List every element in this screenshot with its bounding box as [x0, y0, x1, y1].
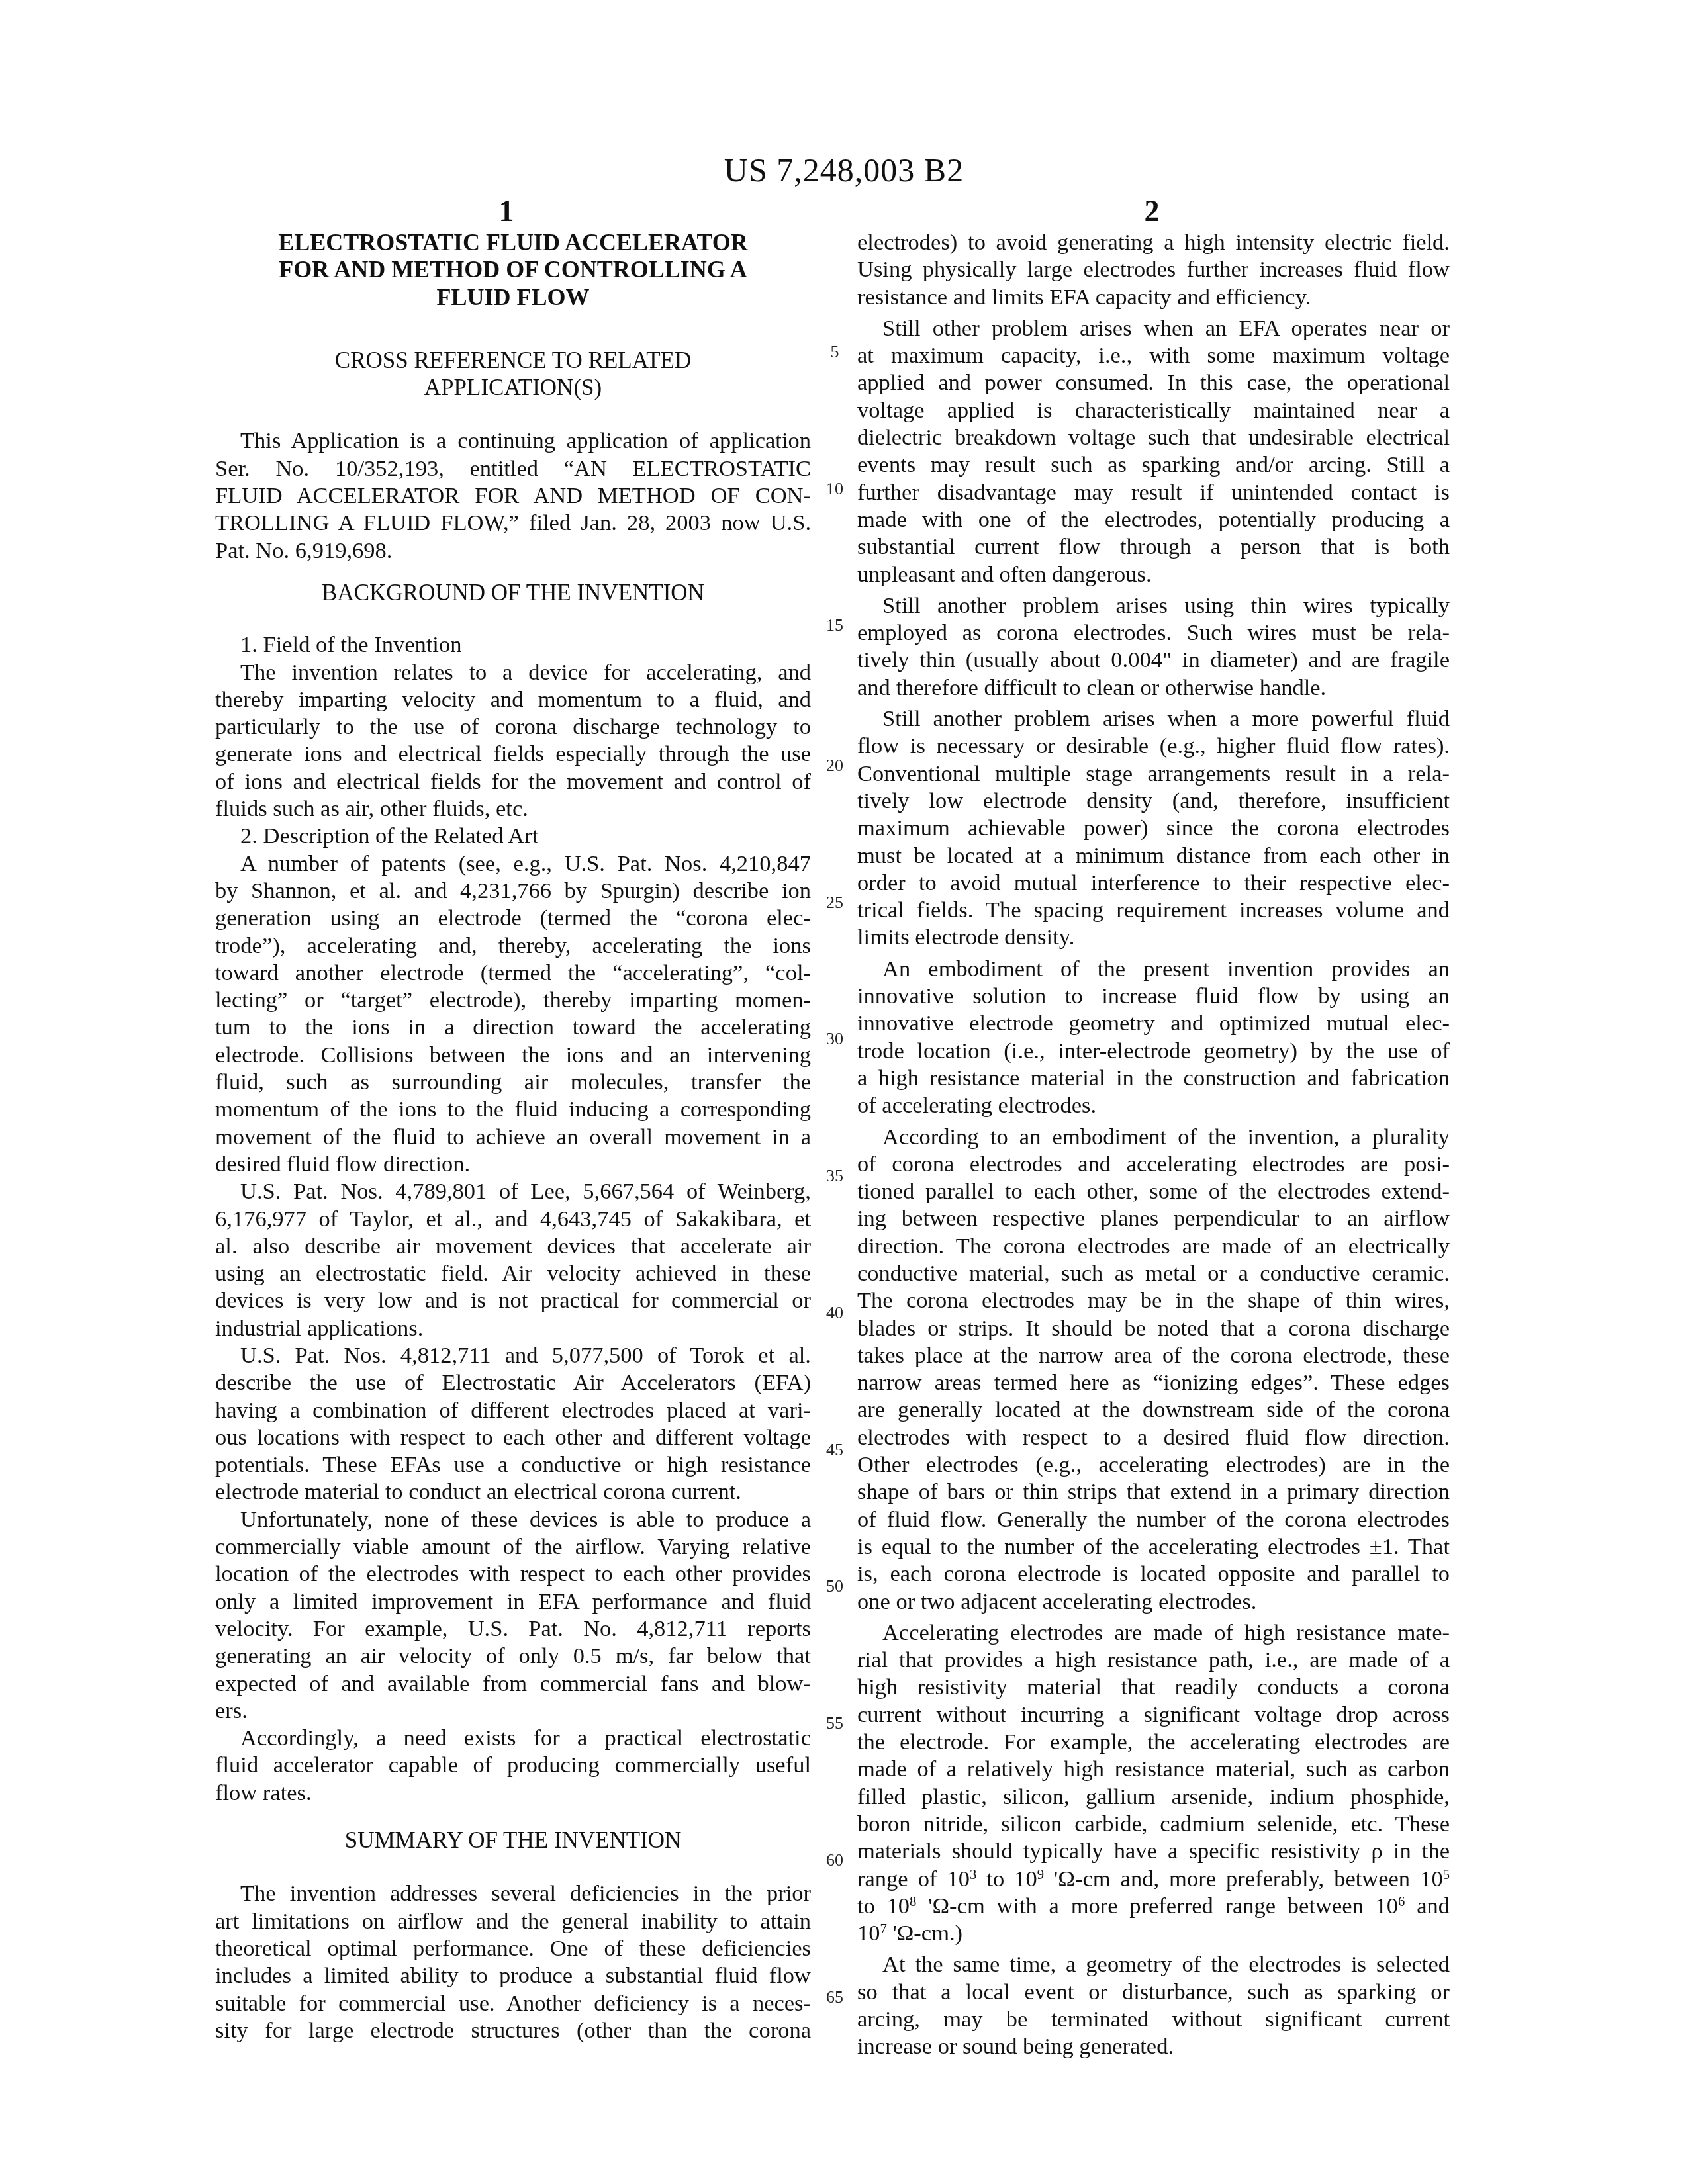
text-fragment: 'Ω-cm with a more preferred range betwee…: [916, 1893, 1398, 1919]
text-line: events may result such as sparking and/o…: [857, 451, 1450, 478]
spacer: [215, 606, 811, 631]
line-number: 10: [818, 475, 851, 502]
text-line: takes place at the narrow area of the co…: [857, 1342, 1450, 1369]
spacer: [215, 311, 811, 347]
text-line: devices is very low and is not practical…: [215, 1287, 811, 1314]
text-line: high resistivity material that readily c…: [857, 1674, 1450, 1701]
text-line: velocity. For example, U.S. Pat. No. 4,8…: [215, 1615, 811, 1643]
paragraph: At the same time, a geometry of the elec…: [857, 1951, 1450, 2060]
text-line: TROLLING A FLUID FLOW,” filed Jan. 28, 2…: [215, 510, 811, 537]
line-number: 30: [818, 1025, 851, 1052]
text-line: limits electrode density.: [857, 924, 1450, 951]
field-paragraph: The invention relates to a device for ac…: [215, 659, 811, 823]
summary-paragraph-1: The invention addresses several deficien…: [215, 1880, 811, 2044]
formula-line: 107 'Ω-cm.): [857, 1920, 1450, 1947]
text-line: of fluid flow. Generally the number of t…: [857, 1506, 1450, 1533]
text-line: materials should typically have a specif…: [857, 1838, 1450, 1865]
text-line: Other electrodes (e.g., accelerating ele…: [857, 1451, 1450, 1479]
text-line: industrial applications.: [215, 1315, 811, 1342]
text-line: 6,176,977 of Taylor, et al., and 4,643,7…: [215, 1206, 811, 1233]
text-line: generation using an electrode (termed th…: [215, 905, 811, 932]
text-line: generate ions and electrical fields espe…: [215, 741, 811, 768]
column-number-left: 1: [473, 193, 539, 228]
text-line: innovative electrode geometry and optimi…: [857, 1010, 1450, 1037]
text-line: at maximum capacity, i.e., with some max…: [857, 342, 1450, 369]
text-line: particularly to the use of corona discha…: [215, 713, 811, 741]
summary-heading: SUMMARY OF THE INVENTION: [215, 1827, 811, 1854]
text-line: tively thin (usually about 0.004" in dia…: [857, 647, 1450, 674]
left-column: ELECTROSTATIC FLUID ACCELERATOR FOR AND …: [215, 229, 811, 2044]
text-line: arcing, may be terminated without signif…: [857, 2006, 1450, 2033]
text-line: commercially viable amount of the airflo…: [215, 1533, 811, 1561]
text-line: desired fluid flow direction.: [215, 1151, 811, 1178]
paragraph: Still other problem arises when an EFA o…: [857, 315, 1450, 588]
title-line: FLUID FLOW: [215, 284, 811, 311]
text-fragment: to 10: [857, 1893, 910, 1919]
text-line: U.S. Pat. Nos. 4,789,801 of Lee, 5,667,5…: [215, 1178, 811, 1205]
line-number: 25: [818, 889, 851, 916]
text-line: electrode material to conduct an electri…: [215, 1479, 811, 1506]
exponent: 8: [910, 1894, 916, 1909]
text-line: a high resistance material in the constr…: [857, 1065, 1450, 1092]
text-line: and therefore difficult to clean or othe…: [857, 674, 1450, 702]
text-line: Accelerating electrodes are made of high…: [857, 1619, 1450, 1647]
text-line: momentum of the ions to the fluid induci…: [215, 1096, 811, 1123]
text-line: electrodes) to avoid generating a high i…: [857, 229, 1450, 256]
text-line: tively low electrode density (and, there…: [857, 788, 1450, 815]
exponent: 5: [1443, 1867, 1450, 1882]
text-line: FLUID ACCELERATOR FOR AND METHOD OF CON-: [215, 482, 811, 510]
text-line: art limitations on airflow and the gener…: [215, 1908, 811, 1935]
related-art-paragraph-3: U.S. Pat. Nos. 4,812,711 and 5,077,500 o…: [215, 1342, 811, 1506]
line-number: 35: [818, 1162, 851, 1189]
paragraph: Still another problem arises when a more…: [857, 705, 1450, 952]
line-number: 45: [818, 1436, 851, 1463]
text-line: maximum achievable power) since the coro…: [857, 815, 1450, 842]
text-line: Still other problem arises when an EFA o…: [857, 315, 1450, 342]
text-line: having a combination of different electr…: [215, 1397, 811, 1424]
text-line: includes a limited ability to produce a …: [215, 1962, 811, 1989]
text-line: are generally located at the downstream …: [857, 1396, 1450, 1424]
text-line: tioned parallel to each other, some of t…: [857, 1178, 1450, 1205]
paragraph: Accelerating electrodes are made of high…: [857, 1619, 1450, 1948]
text-line: flow is necessary or desirable (e.g., hi…: [857, 733, 1450, 760]
text-line: expected of and available from commercia…: [215, 1670, 811, 1698]
text-line: further disadvantage may result if unint…: [857, 479, 1450, 506]
text-line: employed as corona electrodes. Such wire…: [857, 619, 1450, 647]
text-line: A number of patents (see, e.g., U.S. Pat…: [215, 850, 811, 878]
text-fragment: 'Ω-cm and, more preferably, between 10: [1044, 1866, 1443, 1891]
text-line: electrodes with respect to a desired flu…: [857, 1424, 1450, 1451]
text-line: Unfortunately, none of these devices is …: [215, 1506, 811, 1533]
text-line: thereby imparting velocity and momentum …: [215, 686, 811, 713]
text-line: lecting” or “target” electrode), thereby…: [215, 987, 811, 1014]
text-line: order to avoid mutual interference to th…: [857, 870, 1450, 897]
formula-line: range of 103 to 109 'Ω-cm and, more pref…: [857, 1866, 1450, 1893]
text-line: flow rates.: [215, 1780, 811, 1807]
text-line: only a limited improvement in EFA perfor…: [215, 1588, 811, 1615]
text-line: of ions and electrical fields for the mo…: [215, 768, 811, 796]
text-line: The invention addresses several deficien…: [215, 1880, 811, 1907]
spacer: [215, 1854, 811, 1880]
text-line: one or two adjacent accelerating electro…: [857, 1588, 1450, 1615]
text-line: unpleasant and often dangerous.: [857, 561, 1450, 588]
text-line: using an electrostatic field. Air veloci…: [215, 1260, 811, 1287]
paragraph: According to an embodiment of the invent…: [857, 1124, 1450, 1615]
text-line: The invention relates to a device for ac…: [215, 659, 811, 686]
text-line: electrode. Collisions between the ions a…: [215, 1042, 811, 1069]
text-line: is equal to the number of the accelerati…: [857, 1533, 1450, 1561]
text-line: Using physically large electrodes furthe…: [857, 256, 1450, 283]
title-line: ELECTROSTATIC FLUID ACCELERATOR: [215, 229, 811, 256]
text-line: is, each corona electrode is located opp…: [857, 1561, 1450, 1588]
spacer: [215, 401, 811, 428]
line-number: 15: [818, 612, 851, 639]
text-line: potentials. These EFAs use a conductive …: [215, 1451, 811, 1479]
text-line: movement of the fluid to achieve an over…: [215, 1124, 811, 1151]
text-line: the electrode. For example, the accelera…: [857, 1729, 1450, 1756]
text-line: voltage applied is characteristically ma…: [857, 397, 1450, 424]
text-line: increase or sound being generated.: [857, 2033, 1450, 2060]
text-line: trode”), accelerating and, thereby, acce…: [215, 933, 811, 960]
text-fragment: to 10: [976, 1866, 1037, 1891]
text-line: theoretical optimal performance. One of …: [215, 1935, 811, 1962]
right-column: electrodes) to avoid generating a high i…: [857, 229, 1450, 2061]
line-number: 5: [818, 338, 851, 365]
text-line: ous locations with respect to each other…: [215, 1424, 811, 1451]
text-fragment: 10: [857, 1921, 880, 1946]
text-line: ing between respective planes perpendicu…: [857, 1205, 1450, 1232]
text-fragment: range of 10: [857, 1866, 970, 1891]
text-line: applied and power consumed. In this case…: [857, 369, 1450, 396]
spacer: [215, 1807, 811, 1827]
text-line: filled plastic, silicon, gallium arsenid…: [857, 1784, 1450, 1811]
text-line: narrow areas termed here as “ionizing ed…: [857, 1369, 1450, 1396]
text-line: Still another problem arises using thin …: [857, 592, 1450, 619]
heading-line: APPLICATION(S): [215, 374, 811, 401]
paragraph: electrodes) to avoid generating a high i…: [857, 229, 1450, 311]
text-line: direction. The corona electrodes are mad…: [857, 1233, 1450, 1260]
text-line: trical fields. The spacing requirement i…: [857, 897, 1450, 924]
text-line: so that a local event or disturbance, su…: [857, 1979, 1450, 2006]
related-art-paragraph-1: A number of patents (see, e.g., U.S. Pat…: [215, 850, 811, 1179]
exponent: 3: [970, 1867, 976, 1882]
exponent: 9: [1037, 1867, 1044, 1882]
text-line: Accordingly, a need exists for a practic…: [215, 1725, 811, 1752]
text-line: boron nitride, silicon carbide, cadmium …: [857, 1811, 1450, 1838]
text-line: conductive material, such as metal or a …: [857, 1260, 1450, 1287]
text-line: blades or strips. It should be noted tha…: [857, 1315, 1450, 1342]
text-line: At the same time, a geometry of the elec…: [857, 1951, 1450, 1978]
line-number: 65: [818, 1983, 851, 2011]
text-line: made of a relatively high resistance mat…: [857, 1756, 1450, 1783]
line-number: 50: [818, 1572, 851, 1600]
text-line: current without incurring a significant …: [857, 1702, 1450, 1729]
text-line: fluid accelerator capable of producing c…: [215, 1752, 811, 1779]
text-line: toward another electrode (termed the “ac…: [215, 960, 811, 987]
related-art-paragraph-2: U.S. Pat. Nos. 4,789,801 of Lee, 5,667,5…: [215, 1178, 811, 1342]
text-line: U.S. Pat. Nos. 4,812,711 and 5,077,500 o…: [215, 1342, 811, 1369]
text-line: dielectric breakdown voltage such that u…: [857, 424, 1450, 451]
text-line: This Application is a continuing applica…: [215, 428, 811, 455]
text-line: Still another problem arises when a more…: [857, 705, 1450, 733]
text-line: generating an air velocity of only 0.5 m…: [215, 1643, 811, 1670]
text-line: Ser. No. 10/352,193, entitled “AN ELECTR…: [215, 455, 811, 482]
text-line: sity for large electrode structures (oth…: [215, 2017, 811, 2044]
column-number-right: 2: [1119, 193, 1185, 228]
text-line: shape of bars or thin strips that extend…: [857, 1479, 1450, 1506]
text-line: made with one of the electrodes, potenti…: [857, 506, 1450, 533]
background-heading: BACKGROUND OF THE INVENTION: [215, 579, 811, 606]
text-line: substantial current flow through a perso…: [857, 533, 1450, 561]
line-number: 40: [818, 1299, 851, 1326]
text-line: al. also describe air movement devices t…: [215, 1233, 811, 1260]
patent-number-header: US 7,248,003 B2: [0, 151, 1688, 189]
text-line: rial that provides a high resistance pat…: [857, 1647, 1450, 1674]
title-line: FOR AND METHOD OF CONTROLLING A: [215, 256, 811, 283]
text-line: fluid, such as surrounding air molecules…: [215, 1069, 811, 1096]
text-line: Pat. No. 6,919,698.: [215, 537, 811, 565]
text-line: According to an embodiment of the invent…: [857, 1124, 1450, 1151]
cross-reference-heading: CROSS REFERENCE TO RELATED APPLICATION(S…: [215, 347, 811, 402]
text-line: The corona electrodes may be in the shap…: [857, 1287, 1450, 1314]
cross-reference-paragraph: This Application is a continuing applica…: [215, 428, 811, 564]
text-line: describe the use of Electrostatic Air Ac…: [215, 1369, 811, 1396]
field-subheading: 1. Field of the Invention: [215, 631, 811, 659]
invention-title: ELECTROSTATIC FLUID ACCELERATOR FOR AND …: [215, 229, 811, 311]
related-art-paragraph-5: Accordingly, a need exists for a practic…: [215, 1725, 811, 1807]
text-fragment: 'Ω-cm.): [887, 1921, 962, 1946]
text-line: Conventional multiple stage arrangements…: [857, 760, 1450, 788]
text-line: tum to the ions in a direction toward th…: [215, 1014, 811, 1041]
exponent: 6: [1398, 1894, 1405, 1909]
line-number: 20: [818, 752, 851, 779]
line-number: 55: [818, 1709, 851, 1737]
heading-line: CROSS REFERENCE TO RELATED: [215, 347, 811, 374]
line-number: 60: [818, 1846, 851, 1874]
text-line: of accelerating electrodes.: [857, 1092, 1450, 1119]
text-line: suitable for commercial use. Another def…: [215, 1990, 811, 2017]
text-line: location of the electrodes with respect …: [215, 1561, 811, 1588]
related-art-paragraph-4: Unfortunately, none of these devices is …: [215, 1506, 811, 1725]
related-art-subheading: 2. Description of the Related Art: [215, 823, 811, 850]
text-line: ers.: [215, 1698, 811, 1725]
text-line: must be located at a minimum distance fr…: [857, 842, 1450, 870]
text-line: innovative solution to increase fluid fl…: [857, 983, 1450, 1010]
text-line: by Shannon, et al. and 4,231,766 by Spur…: [215, 878, 811, 905]
text-line: of corona electrodes and accelerating el…: [857, 1151, 1450, 1178]
exponent: 7: [880, 1922, 887, 1936]
text-line: trode location (i.e., inter-electrode ge…: [857, 1038, 1450, 1065]
text-line: An embodiment of the present invention p…: [857, 956, 1450, 983]
formula-line: to 108 'Ω-cm with a more preferred range…: [857, 1893, 1450, 1920]
paragraph: An embodiment of the present invention p…: [857, 956, 1450, 1120]
text-line: fluids such as air, other fluids, etc.: [215, 796, 811, 823]
spacer: [215, 565, 811, 579]
text-line: resistance and limits EFA capacity and e…: [857, 284, 1450, 311]
paragraph: Still another problem arises using thin …: [857, 592, 1450, 702]
text-fragment: and: [1405, 1893, 1450, 1919]
